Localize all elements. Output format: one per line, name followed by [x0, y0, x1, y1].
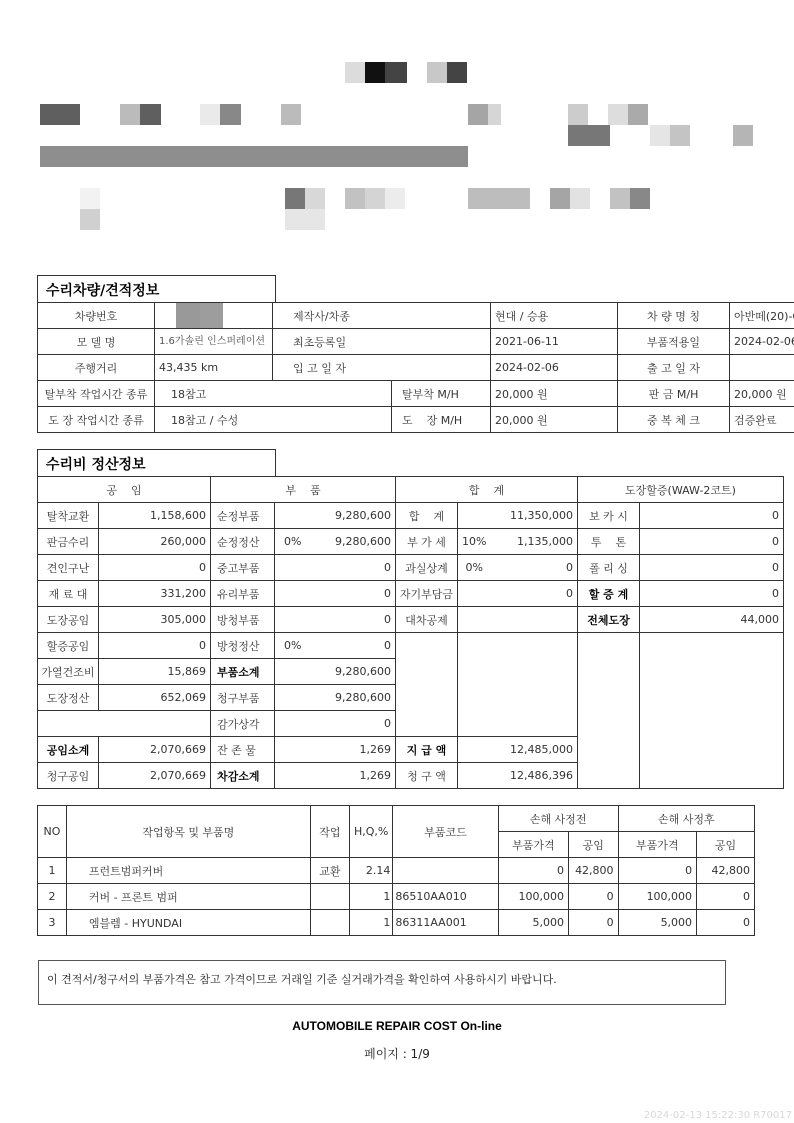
total-value: 0	[458, 581, 578, 607]
header-before-part: 부품가격	[498, 832, 568, 858]
item-work	[310, 884, 349, 910]
labor-value: 260,000	[99, 529, 211, 555]
parts-label: 순정정산	[211, 529, 275, 555]
total-empty-value	[458, 633, 578, 737]
paint-label: 폴 리 싱	[578, 555, 640, 581]
paint-empty-value	[640, 633, 784, 789]
paint-value: 0	[640, 503, 784, 529]
total-label: 대차공제	[396, 607, 458, 633]
header-paint: 도장할증(WAW-2코트)	[578, 477, 784, 503]
total-value: 1,135,000	[491, 529, 578, 555]
labor-label: 재 료 대	[38, 581, 99, 607]
total-label: 청 구 액	[396, 763, 458, 789]
parts-label: 차감소계	[211, 763, 275, 789]
label-maker: 제작사/차종	[273, 303, 491, 329]
value-mileage: 43,435 km	[155, 355, 273, 381]
label-plate: 차량번호	[38, 303, 155, 329]
table-row: 탈착교환1,158,600순정부품9,280,600합 계11,350,000보…	[38, 503, 784, 529]
value-maker: 현대 / 승용	[491, 303, 618, 329]
label-mileage: 주행거리	[38, 355, 155, 381]
header-labor: 공 임	[38, 477, 211, 503]
labor-label: 견인구난	[38, 555, 99, 581]
header-after-part: 부품가격	[618, 832, 697, 858]
item-after-labor: 0	[697, 910, 755, 936]
table-row: 주행거리 43,435 km 입 고 일 자 2024-02-06 출 고 일 …	[38, 355, 794, 381]
item-name: 엠블렘 - HYUNDAI	[66, 910, 310, 936]
item-code: 86311AA001	[393, 910, 498, 936]
value-paint-type: 18참고 / 수성	[155, 407, 392, 433]
cost-section-title: 수리비 정산정보	[37, 449, 276, 476]
value-detach-type-text: 18참고	[155, 388, 206, 401]
label-detach-mh: 탈부착 M/H	[392, 381, 491, 407]
table-row: 탈부착 작업시간 종류 18참고 탈부착 M/H 20,000 원 판 금 M/…	[38, 381, 794, 407]
item-before-part: 100,000	[498, 884, 568, 910]
table-header-row: 공 임 부 품 합 계 도장할증(WAW-2코트)	[38, 477, 784, 503]
parts-value: 0	[275, 581, 396, 607]
item-after-part: 0	[618, 858, 697, 884]
vehicle-section-title: 수리차량/견적정보	[37, 275, 276, 302]
total-empty-label	[396, 633, 458, 737]
label-model: 모 델 명	[38, 329, 155, 355]
total-label: 부 가 세	[396, 529, 458, 555]
label-paint-mh: 도 장 M/H	[392, 407, 491, 433]
vehicle-info-table: 차량번호 제작사/차종 현대 / 승용 차 량 명 칭 아반떼(20)-CN7 …	[37, 302, 794, 433]
table-row: 차량번호 제작사/차종 현대 / 승용 차 량 명 칭 아반떼(20)-CN7	[38, 303, 794, 329]
parts-value: 9,280,600	[275, 685, 396, 711]
value-sheet-mh: 20,000 원	[730, 381, 794, 407]
total-label: 자기부담금	[396, 581, 458, 607]
value-plate	[155, 303, 273, 329]
item-after-labor: 42,800	[697, 858, 755, 884]
labor-value: 0	[99, 555, 211, 581]
labor-empty	[38, 711, 211, 737]
label-sheet-mh: 판 금 M/H	[618, 381, 730, 407]
label-dup-check: 중 복 체 크	[618, 407, 730, 433]
header-total: 합 계	[396, 477, 578, 503]
redacted-plate	[200, 303, 223, 329]
table-row: 도 장 작업시간 종류 18참고 / 수성 도 장 M/H 20,000 원 중…	[38, 407, 794, 433]
item-hq: 1	[349, 910, 392, 936]
table-row: 3엠블렘 - HYUNDAI186311AA0015,00005,0000	[38, 910, 755, 936]
parts-label: 감가상각	[211, 711, 275, 737]
parts-value: 9,280,600	[311, 529, 396, 555]
table-row: 재 료 대331,200유리부품0자기부담금0할 증 계0	[38, 581, 784, 607]
value-in-date: 2024-02-06	[491, 355, 618, 381]
label-parts-date: 부품적용일	[618, 329, 730, 355]
table-row: 2커버 - 프론트 범퍼186510AA010100,0000100,0000	[38, 884, 755, 910]
paint-value: 0	[640, 555, 784, 581]
redacted-plate	[176, 303, 200, 329]
parts-label: 유리부품	[211, 581, 275, 607]
item-name: 커버 - 프론트 범퍼	[66, 884, 310, 910]
item-before-labor: 42,800	[568, 858, 618, 884]
item-work	[310, 910, 349, 936]
total-pct: 10%	[458, 529, 491, 555]
label-paint-type: 도 장 작업시간 종류	[38, 407, 155, 433]
item-name: 프런트범퍼커버	[66, 858, 310, 884]
labor-value: 305,000	[99, 607, 211, 633]
labor-label: 도장정산	[38, 685, 99, 711]
parts-label: 중고부품	[211, 555, 275, 581]
labor-value: 2,070,669	[99, 763, 211, 789]
total-value: 12,486,396	[458, 763, 578, 789]
items-table: NO 작업항목 및 부품명 작업 H,Q,% 부품코드 손해 사정전 손해 사정…	[37, 805, 755, 936]
label-car-name: 차 량 명 칭	[618, 303, 730, 329]
labor-label: 도장공임	[38, 607, 99, 633]
paint-label: 보 카 시	[578, 503, 640, 529]
labor-label: 할증공임	[38, 633, 99, 659]
paint-label: 전체도장	[578, 607, 640, 633]
header-after: 손해 사정후	[618, 806, 754, 832]
table-row: 도장공임305,000방청부품0대차공제전체도장44,000	[38, 607, 784, 633]
header-before: 손해 사정전	[498, 806, 618, 832]
parts-value: 0	[275, 607, 396, 633]
labor-label: 판금수리	[38, 529, 99, 555]
parts-label: 청구부품	[211, 685, 275, 711]
paint-value: 44,000	[640, 607, 784, 633]
value-car-name: 아반떼(20)-CN7	[730, 303, 794, 329]
labor-label: 청구공임	[38, 763, 99, 789]
total-value: 11,350,000	[458, 503, 578, 529]
labor-label: 가열건조비	[38, 659, 99, 685]
labor-value: 0	[99, 633, 211, 659]
labor-value: 331,200	[99, 581, 211, 607]
parts-label: 방청정산	[211, 633, 275, 659]
total-value: 12,485,000	[458, 737, 578, 763]
value-parts-date: 2024-02-06	[730, 329, 794, 355]
cost-table: 공 임 부 품 합 계 도장할증(WAW-2코트) 탈착교환1,158,600순…	[37, 476, 784, 789]
parts-label: 순정부품	[211, 503, 275, 529]
item-after-labor: 0	[697, 884, 755, 910]
item-after-part: 100,000	[618, 884, 697, 910]
item-before-part: 0	[498, 858, 568, 884]
notice-box: 이 견적서/청구서의 부품가격은 참고 가격이므로 거래일 기준 실거래가격을 …	[38, 960, 726, 1005]
paint-value: 0	[640, 529, 784, 555]
footer-title: AUTOMOBILE REPAIR COST On-line	[0, 1019, 794, 1033]
item-hq: 1	[349, 884, 392, 910]
value-dup-check: 검증완료	[730, 407, 794, 433]
header-item: 작업항목 및 부품명	[66, 806, 310, 858]
item-after-part: 5,000	[618, 910, 697, 936]
parts-value: 1,269	[275, 763, 396, 789]
item-before-labor: 0	[568, 884, 618, 910]
table-row: 견인구난0중고부품0과실상계0%0폴 리 싱0	[38, 555, 784, 581]
header-parts: 부 품	[211, 477, 396, 503]
item-before-labor: 0	[568, 910, 618, 936]
label-detach-type: 탈부착 작업시간 종류	[38, 381, 155, 407]
parts-label: 부품소계	[211, 659, 275, 685]
table-row: 할증공임0방청정산0%0	[38, 633, 784, 659]
header-hq: H,Q,%	[349, 806, 392, 858]
labor-label: 공임소계	[38, 737, 99, 763]
item-no: 1	[38, 858, 67, 884]
labor-value: 15,869	[99, 659, 211, 685]
item-before-part: 5,000	[498, 910, 568, 936]
total-label: 합 계	[396, 503, 458, 529]
value-detach-type: 18참고	[155, 381, 392, 407]
table-row: 모 델 명 1.6가솔린 인스퍼레이션 최초등록일 2021-06-11 부품적…	[38, 329, 794, 355]
parts-value: 0	[311, 633, 396, 659]
item-code	[393, 858, 498, 884]
labor-label: 탈착교환	[38, 503, 99, 529]
paint-label: 할 증 계	[578, 581, 640, 607]
value-paint-mh: 20,000 원	[491, 407, 618, 433]
labor-value: 652,069	[99, 685, 211, 711]
header-work: 작업	[310, 806, 349, 858]
label-in-date: 입 고 일 자	[273, 355, 491, 381]
value-model: 1.6가솔린 인스퍼레이션	[155, 329, 273, 355]
item-no: 3	[38, 910, 67, 936]
total-pct: 0%	[458, 555, 491, 581]
table-header-row: NO 작업항목 및 부품명 작업 H,Q,% 부품코드 손해 사정전 손해 사정…	[38, 806, 755, 832]
item-work: 교환	[310, 858, 349, 884]
table-row: 판금수리260,000순정정산0%9,280,600부 가 세10%1,135,…	[38, 529, 784, 555]
parts-value: 9,280,600	[275, 503, 396, 529]
page-number: 페이지 : 1/9	[0, 1045, 794, 1062]
total-label: 과실상계	[396, 555, 458, 581]
header-no: NO	[38, 806, 67, 858]
item-no: 2	[38, 884, 67, 910]
value-detach-mh: 20,000 원	[491, 381, 618, 407]
total-label: 지 급 액	[396, 737, 458, 763]
value-paint-type-text: 18참고 / 수성	[155, 414, 238, 427]
label-first-reg: 최초등록일	[273, 329, 491, 355]
parts-label: 방청부품	[211, 607, 275, 633]
value-out-date	[730, 355, 794, 381]
parts-value: 0	[275, 711, 396, 737]
header-after-labor: 공임	[697, 832, 755, 858]
value-first-reg: 2021-06-11	[491, 329, 618, 355]
labor-value: 1,158,600	[99, 503, 211, 529]
total-value	[458, 607, 578, 633]
paint-label: 투 톤	[578, 529, 640, 555]
total-value: 0	[491, 555, 578, 581]
parts-value: 9,280,600	[275, 659, 396, 685]
parts-value: 1,269	[275, 737, 396, 763]
print-timestamp: 2024-02-13 15:22:30 R70017	[644, 1110, 792, 1121]
parts-value: 0	[275, 555, 396, 581]
parts-label: 잔 존 물	[211, 737, 275, 763]
header-code: 부품코드	[393, 806, 498, 858]
label-out-date: 출 고 일 자	[618, 355, 730, 381]
header-before-labor: 공임	[568, 832, 618, 858]
parts-pct: 0%	[275, 529, 311, 555]
paint-value: 0	[640, 581, 784, 607]
item-code: 86510AA010	[393, 884, 498, 910]
parts-pct: 0%	[275, 633, 311, 659]
item-hq: 2.14	[349, 858, 392, 884]
table-row: 1프런트범퍼커버교환2.14042,800042,800	[38, 858, 755, 884]
labor-value: 2,070,669	[99, 737, 211, 763]
paint-empty-label	[578, 633, 640, 789]
